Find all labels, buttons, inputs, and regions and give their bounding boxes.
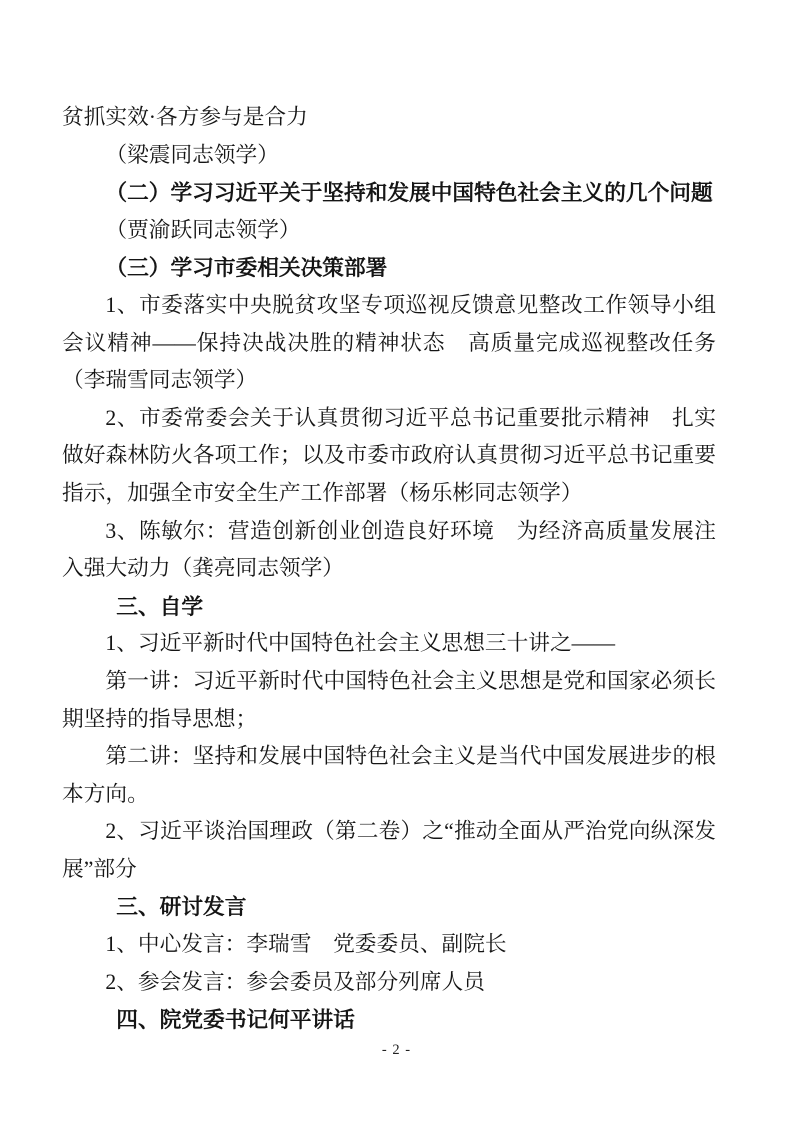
paragraph: 第一讲：习近平新时代中国特色社会主义思想是党和国家必须长期坚持的指导思想； — [62, 663, 716, 738]
paragraph: 贫抓实效·各方参与是合力 — [62, 99, 716, 137]
paragraph: 1、习近平新时代中国特色社会主义思想三十讲之—— — [62, 625, 716, 663]
paragraph: （梁震同志领学） — [62, 137, 716, 175]
document-body: 贫抓实效·各方参与是合力（梁震同志领学）（二）学习习近平关于坚持和发展中国特色社… — [62, 99, 716, 1039]
paragraph: 1、中心发言：李瑞雪 党委委员、副院长 — [62, 926, 716, 964]
paragraph: 3、陈敏尔：营造创新创业创造良好环境 为经济高质量发展注入强大动力（龚亮同志领学… — [62, 513, 716, 588]
document-page: 贫抓实效·各方参与是合力（梁震同志领学）（二）学习习近平关于坚持和发展中国特色社… — [0, 0, 793, 1122]
page-footer: - 2 - — [0, 1042, 793, 1059]
paragraph: 1、市委落实中央脱贫攻坚专项巡视反馈意见整改工作领导小组会议精神——保持决战决胜… — [62, 287, 716, 400]
paragraph: 2、市委常委会关于认真贯彻习近平总书记重要批示精神 扎实做好森林防火各项工作；以… — [62, 400, 716, 513]
paragraph: 2、参会发言：参会委员及部分列席人员 — [62, 964, 716, 1002]
section-heading: （二）学习习近平关于坚持和发展中国特色社会主义的几个问题 — [62, 174, 716, 212]
paragraph: （贾渝跃同志领学） — [62, 212, 716, 250]
paragraph: 2、习近平谈治国理政（第二卷）之“推动全面从严治党向纵深发展”部分 — [62, 813, 716, 888]
section-heading: 三、研讨发言 — [62, 888, 716, 926]
page-number: - 2 - — [382, 1042, 411, 1058]
section-heading: 三、自学 — [62, 588, 716, 626]
paragraph: 第二讲：坚持和发展中国特色社会主义是当代中国发展进步的根本方向。 — [62, 738, 716, 813]
section-heading: （三）学习市委相关决策部署 — [62, 249, 716, 287]
section-heading: 四、院党委书记何平讲话 — [62, 1001, 716, 1039]
